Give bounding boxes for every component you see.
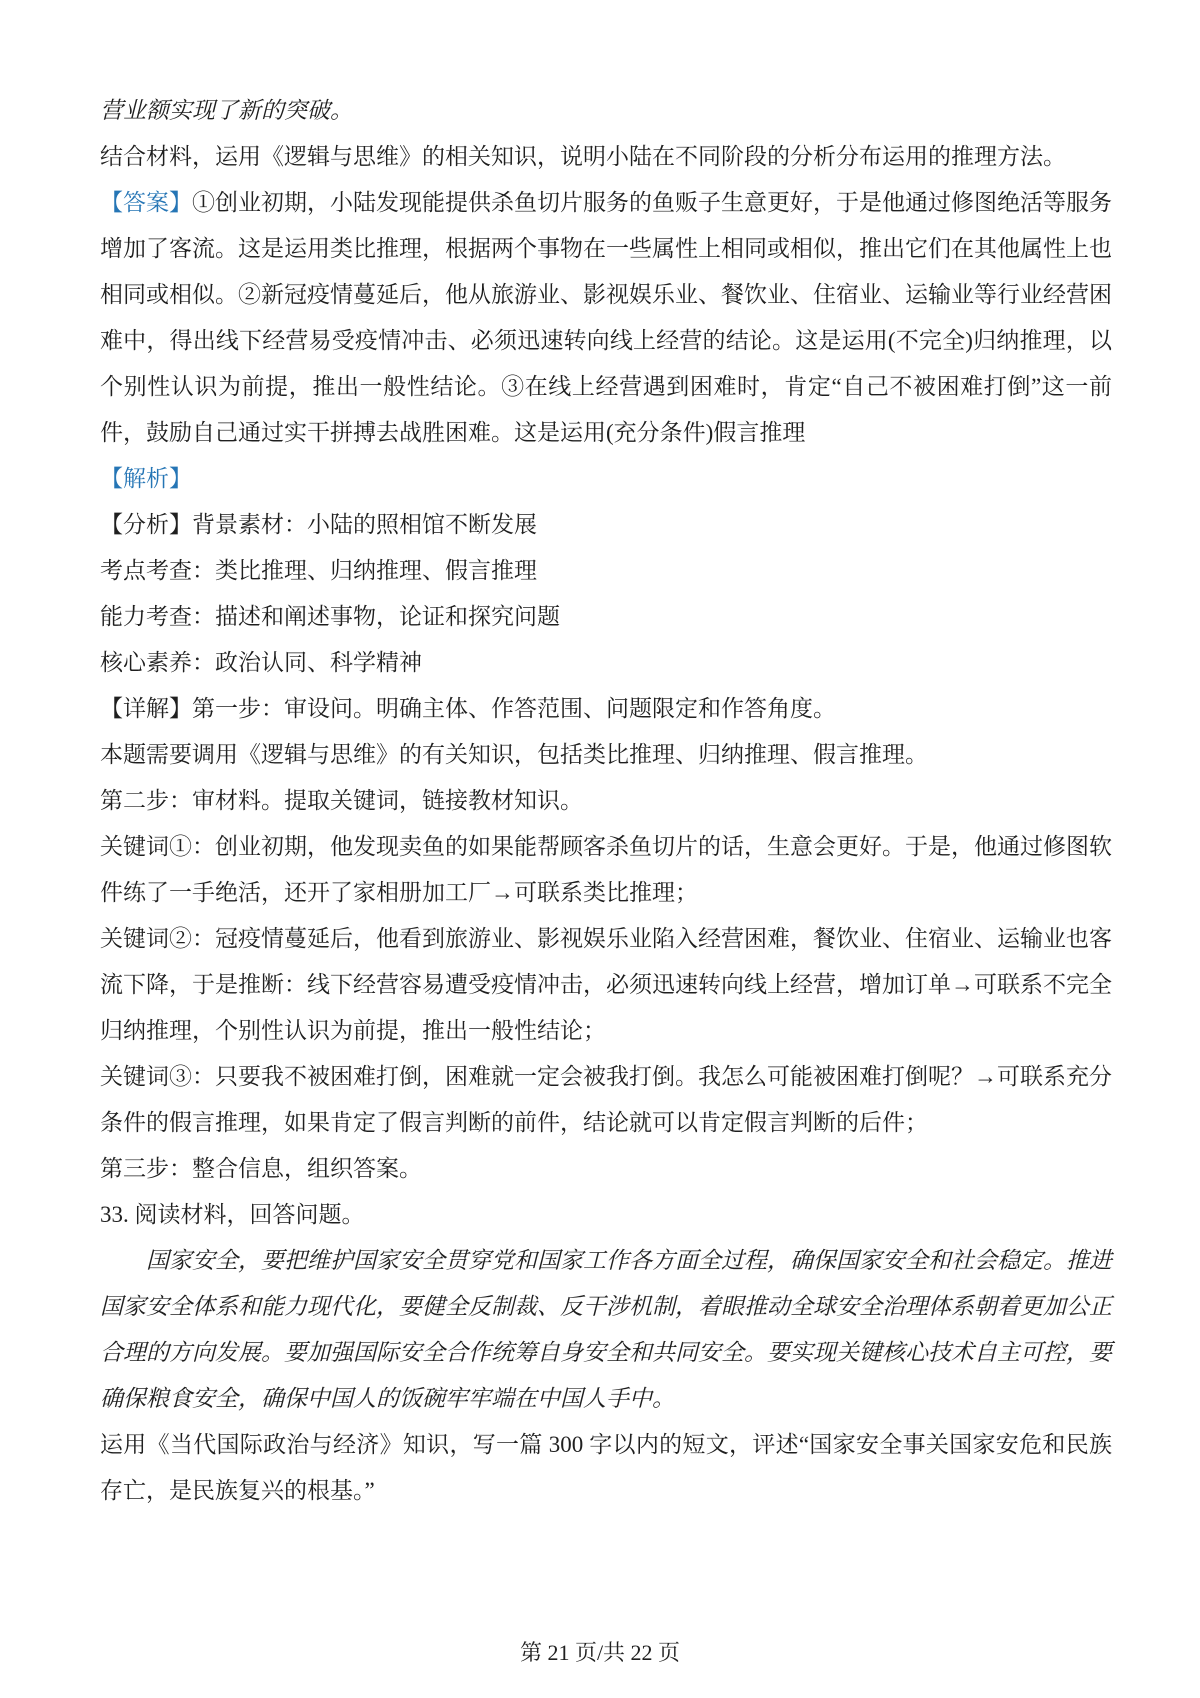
ability-line: 能力考查：描述和阐述事物，论证和探究问题 [100, 594, 1112, 640]
step2-line: 第二步：审材料。提取关键词，链接教材知识。 [100, 778, 1112, 824]
keyword1-paragraph: 关键词①：创业初期，他发现卖鱼的如果能帮顾客杀鱼切片的话，生意会更好。于是，他通… [100, 824, 1112, 916]
analysis-header: 【解析】 [100, 456, 1112, 502]
detail-step1-line: 【详解】第一步：审设问。明确主体、作答范围、问题限定和作答角度。 [100, 686, 1112, 732]
analysis-background-paragraph: 【分析】背景素材：小陆的照相馆不断发展 [100, 502, 1112, 548]
question-33-line: 33. 阅读材料，回答问题。 [100, 1192, 1112, 1238]
document-content: 营业额实现了新的突破。 结合材料，运用《逻辑与思维》的相关知识，说明小陆在不同阶… [100, 88, 1112, 1514]
material-tail-paragraph: 营业额实现了新的突破。 [100, 88, 1112, 134]
core-literacy-line: 核心素养：政治认同、科学精神 [100, 640, 1112, 686]
material-33-paragraph: 国家安全，要把维护国家安全贯穿党和国家工作各方面全过程，确保国家安全和社会稳定。… [100, 1238, 1112, 1422]
keyword2-paragraph: 关键词②：冠疫情蔓延后，他看到旅游业、影视娱乐业陷入经营困难，餐饮业、住宿业、运… [100, 916, 1112, 1054]
question-lead-paragraph: 结合材料，运用《逻辑与思维》的相关知识，说明小陆在不同阶段的分析分布运用的推理方… [100, 134, 1112, 180]
analysis-label: 【解析】 [100, 466, 192, 491]
exam-points-line: 考点考查：类比推理、归纳推理、假言推理 [100, 548, 1112, 594]
task-33-paragraph: 运用《当代国际政治与经济》知识，写一篇 300 字以内的短文，评述“国家安全事关… [100, 1422, 1112, 1514]
answer-text: ①创业初期，小陆发现能提供杀鱼切片服务的鱼贩子生意更好，于是他通过修图绝活等服务… [100, 190, 1112, 445]
keyword3-paragraph: 关键词③：只要我不被困难打倒，困难就一定会被我打倒。我怎么可能被困难打倒呢？→可… [100, 1054, 1112, 1146]
knowledge-needed-line: 本题需要调用《逻辑与思维》的有关知识，包括类比推理、归纳推理、假言推理。 [100, 732, 1112, 778]
answer-paragraph: 【答案】①创业初期，小陆发现能提供杀鱼切片服务的鱼贩子生意更好，于是他通过修图绝… [100, 180, 1112, 456]
document-page: 营业额实现了新的突破。 结合材料，运用《逻辑与思维》的相关知识，说明小陆在不同阶… [0, 0, 1200, 1698]
page-footer: 第 21 页/共 22 页 [0, 1638, 1200, 1668]
step3-line: 第三步：整合信息，组织答案。 [100, 1146, 1112, 1192]
answer-label: 【答案】 [100, 190, 192, 215]
